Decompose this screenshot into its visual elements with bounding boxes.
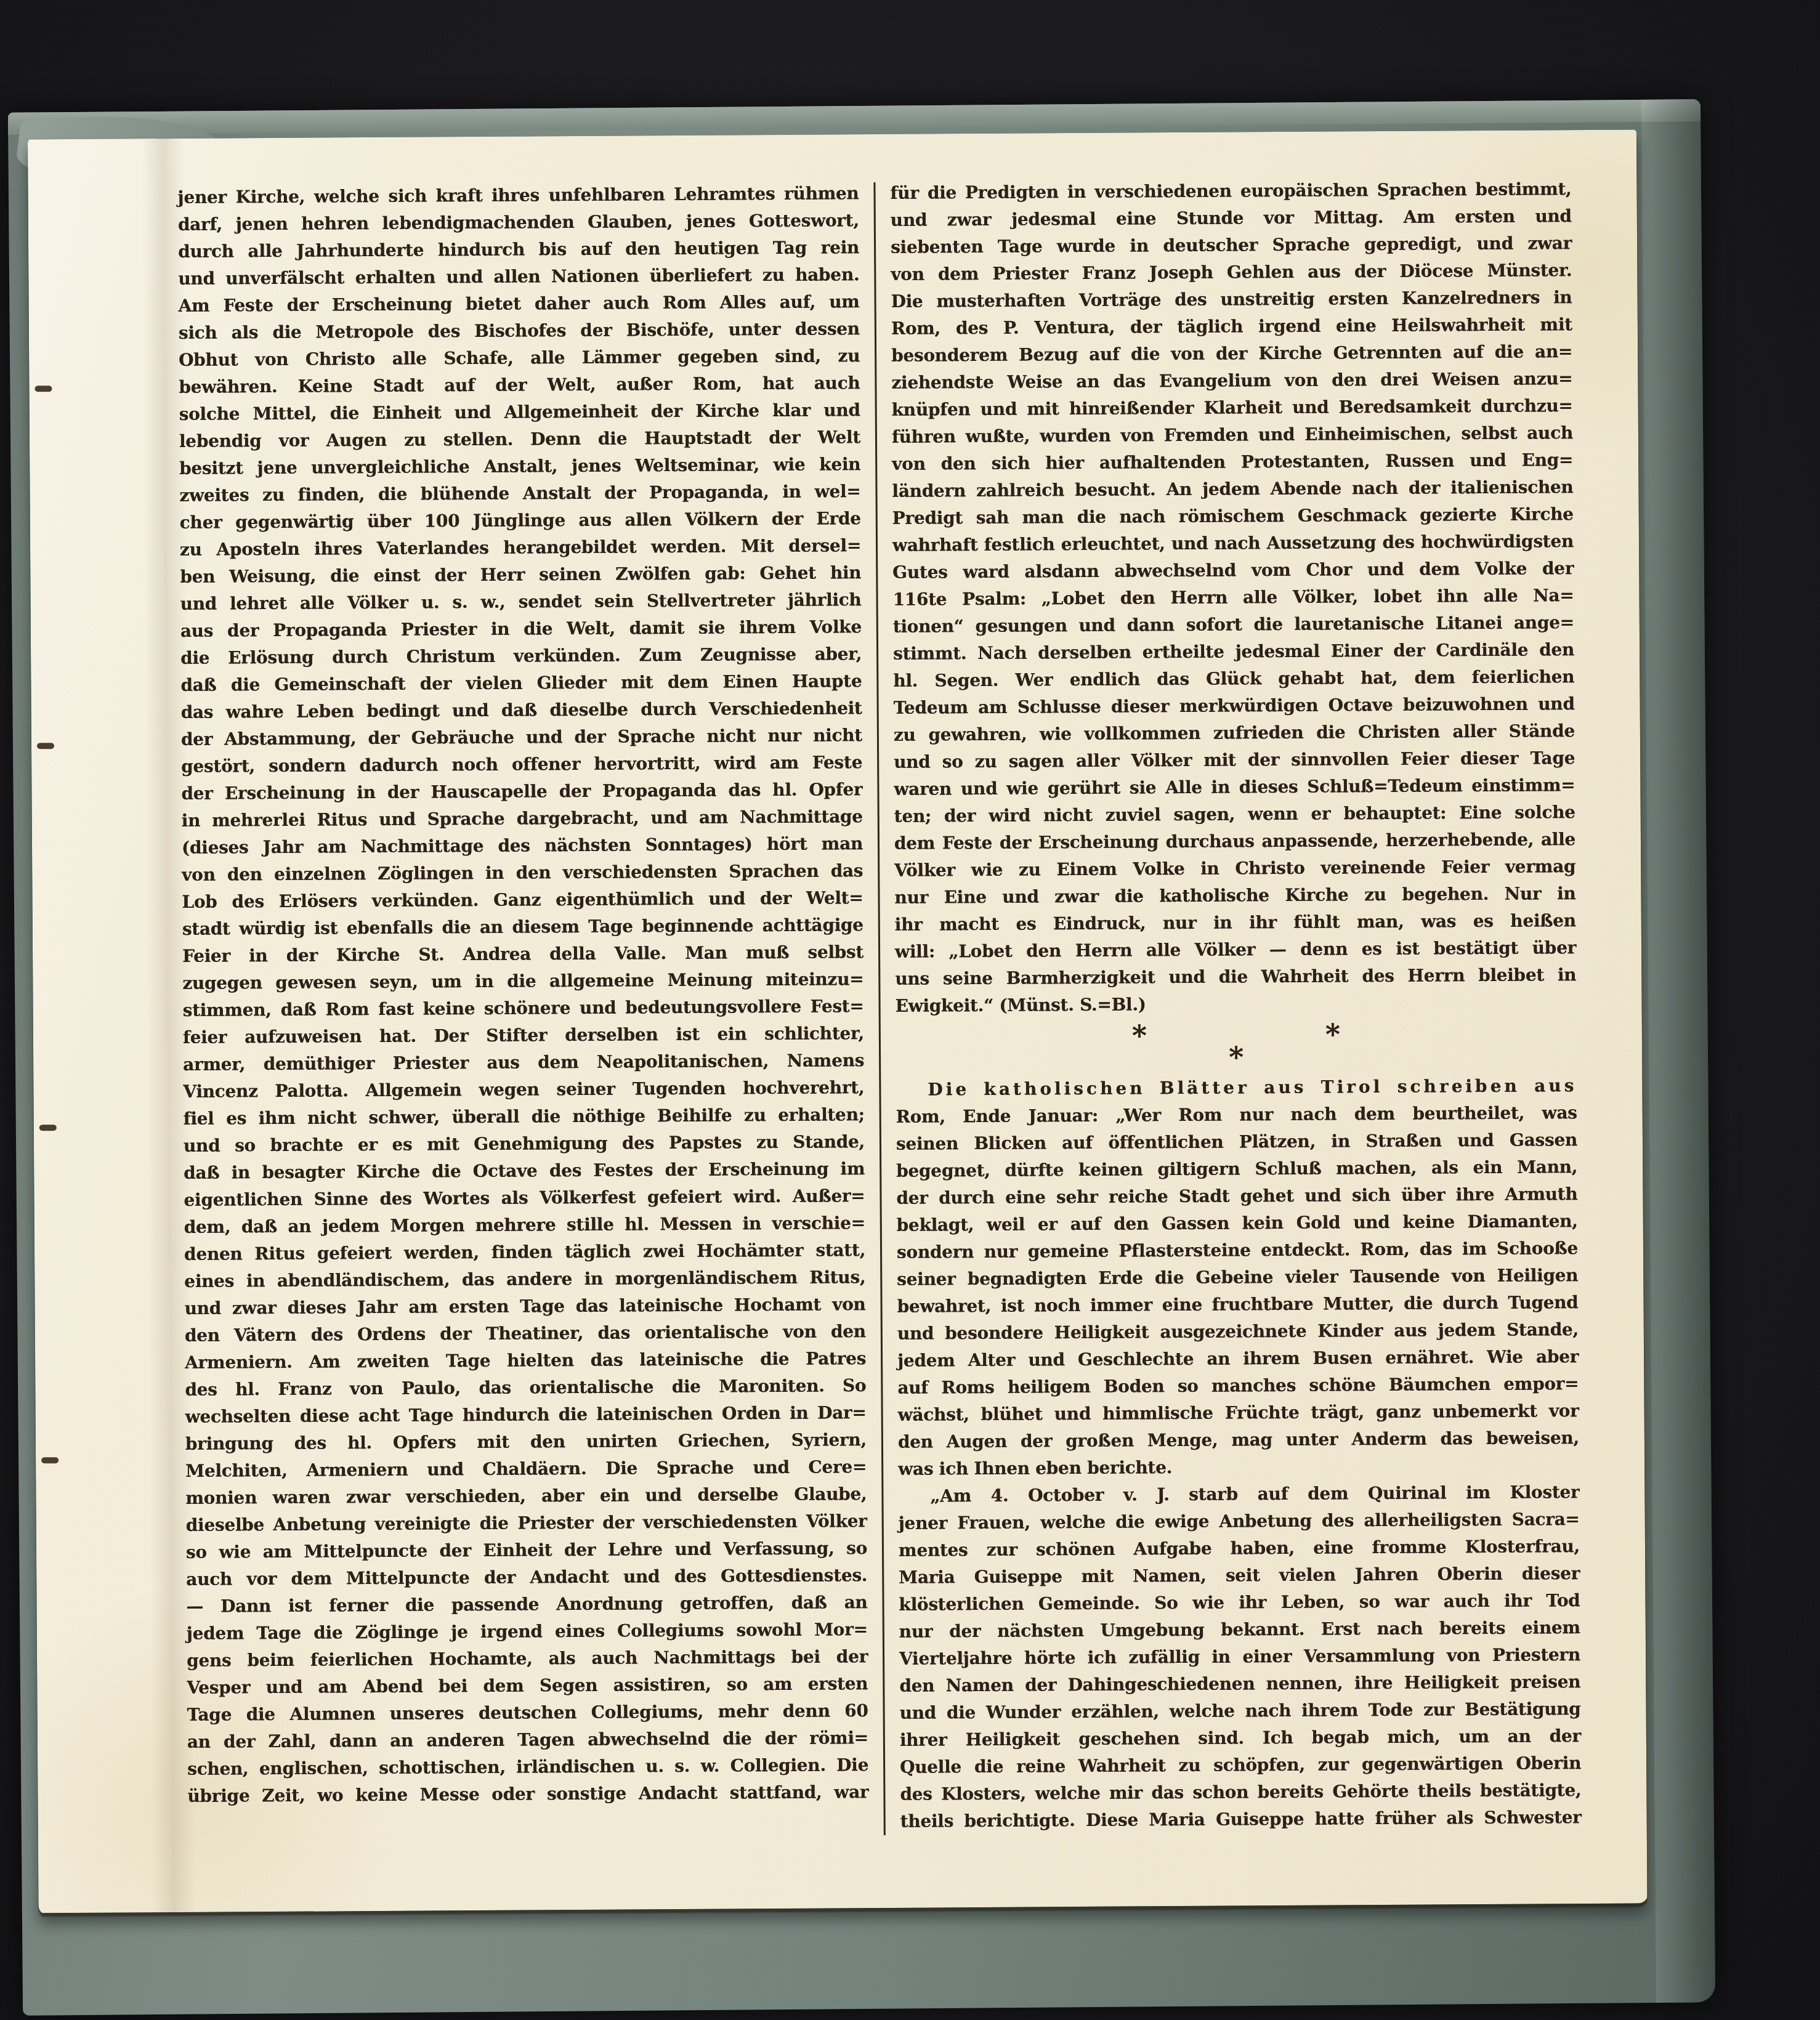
text-line: sich als die Metropole des Bischofes der… <box>179 315 860 347</box>
text-line: zugegen gewesen seyn, um in die allgemei… <box>182 966 863 997</box>
text-line: von den sich hier aufhaltenden Protestan… <box>892 446 1573 478</box>
binding-stitch <box>37 743 54 749</box>
text-line: lebendig vor Augen zu stellen. Denn die … <box>179 424 860 455</box>
text-line: mentes zur schönen Aufgabe haben, eine f… <box>899 1533 1580 1564</box>
text-line: daß in besagter Kirche die Octave des Fe… <box>184 1155 865 1187</box>
text-line: durch alle Jahrhunderte hindurch bis auf… <box>178 234 859 265</box>
text-line: stadt würdig ist ebenfalls die an diesem… <box>182 911 863 943</box>
text-line: monien waren zwar verschieden, aber ein … <box>185 1481 867 1512</box>
right-column: für die Predigten in verschiedenen europ… <box>890 176 1581 1835</box>
text-line: 116te Psalm: „Lobet den Herrn alle Völke… <box>892 582 1574 613</box>
text-line: darf, jenen hehren lebendigmachenden Gla… <box>178 207 859 238</box>
text-line: Predigt sah man die nach römischem Gesch… <box>892 501 1574 532</box>
text-line: auf Roms heiligem Boden so manches schön… <box>897 1370 1579 1402</box>
text-line: „Am 4. October v. J. starb auf dem Quiri… <box>898 1479 1579 1510</box>
text-line: das wahre Leben bedingt und daß dieselbe… <box>181 695 862 726</box>
text-line: ländern zahlreich besucht. An jedem Aben… <box>892 474 1573 505</box>
text-line: und so zu sagen aller Völker mit der sin… <box>894 745 1575 776</box>
text-line: Ewigkeit.“ (Münst. S.=Bl.) <box>895 988 1576 1020</box>
text-line: zu Aposteln ihres Vaterlandes herangebil… <box>180 532 861 564</box>
text-line: tionen“ gesungen und dann sofort die lau… <box>893 609 1574 640</box>
text-line: jener Kirche, welche sich kraft ihres un… <box>177 180 859 211</box>
binding-stitch <box>34 386 52 392</box>
text-line: ihr macht es Eindruck, nur in ihr fühlt … <box>895 907 1576 939</box>
book-page: jener Kirche, welche sich kraft ihres un… <box>28 129 1648 1913</box>
text-line: und zwar jedesmal eine Stunde vor Mittag… <box>891 203 1572 234</box>
text-line: Armeniern. Am zweiten Tage hielten das l… <box>185 1345 866 1376</box>
text-line: waren und wie gerührt sie Alle in dieses… <box>894 772 1575 803</box>
text-line: gens beim feierlichen Hochamte, als auch… <box>187 1643 868 1675</box>
asterisk-icon: * <box>1132 1023 1147 1048</box>
text-line: begegnet, dürfte keinen giltigern Schluß… <box>896 1153 1577 1185</box>
text-line: eigentlichen Sinne des Wortes als Völker… <box>184 1182 865 1214</box>
text-line: in mehrerlei Ritus und Sprache dargebrac… <box>182 803 863 834</box>
text-line: Tedeum am Schlusse dieser merkwürdigen O… <box>894 690 1575 722</box>
text-line: Vincenz Palotta. Allgemein wegen seiner … <box>183 1074 864 1105</box>
text-line: ihrer Heiligkeit geschehen sind. Ich beg… <box>900 1723 1581 1754</box>
text-line: Tage die Alumnen unseres deutschen Colle… <box>187 1697 868 1729</box>
text-line: siebenten Tage wurde in deutscher Sprach… <box>891 230 1572 261</box>
text-line: der Abstammung, der Gebräuche und der Sp… <box>181 722 862 753</box>
text-line: aus der Propaganda Priester in die Welt,… <box>180 613 862 645</box>
text-line: denen Ritus gefeiert werden, finden tägl… <box>184 1237 865 1268</box>
text-line: Maria Guiseppe mit Namen, seit vielen Ja… <box>899 1560 1580 1591</box>
text-line: nur der nächsten Umgebung bekannt. Erst … <box>899 1614 1580 1646</box>
text-line: den Augen der großen Menge, mag unter An… <box>898 1424 1579 1456</box>
text-line: seiner begnadigten Erde die Gebeine viel… <box>897 1262 1578 1293</box>
text-line: wechselten diese acht Tage hindurch die … <box>185 1399 867 1431</box>
text-line: Vesper und am Abend bei dem Segen assist… <box>187 1670 868 1702</box>
text-line: (dieses Jahr am Nachmittage des nächsten… <box>182 830 863 862</box>
text-line: Rom, Ende Januar: „Wer Rom nur nach dem … <box>896 1099 1577 1131</box>
text-line: feier aufzuweisen hat. Der Stifter derse… <box>183 1020 864 1051</box>
text-line: so wie am Mittelpuncte der Einheit der L… <box>186 1535 867 1566</box>
text-line: Die musterhaften Vorträge des unstreitig… <box>891 284 1572 315</box>
text-line: übrige Zeit, wo keine Messe oder sonstig… <box>187 1779 868 1810</box>
text-line: bringung des hl. Opfers mit den unirten … <box>185 1426 867 1458</box>
text-line: die Erlösung durch Christum verkünden. Z… <box>180 640 862 672</box>
text-line: solche Mittel, die Einheit und Allgemein… <box>179 397 860 428</box>
binding-stitch <box>41 1457 59 1463</box>
text-line: von den einzelnen Zöglingen in den versc… <box>182 857 863 889</box>
text-line: den Namen der Dahingeschiedenen nennen, … <box>899 1668 1580 1700</box>
asterism-row: * <box>1229 1044 1244 1069</box>
text-line: gestört, sondern dadurch noch offener he… <box>181 749 862 780</box>
text-line: besitzt jene unvergleichliche Anstalt, j… <box>179 451 860 482</box>
text-line: — Dann ist ferner die passende Anordnung… <box>186 1589 867 1620</box>
text-line: eines in abendländischem, das andere in … <box>184 1264 865 1295</box>
text-line: besonderem Bezug auf die von der Kirche … <box>891 338 1572 370</box>
asterisk-icon: * <box>1229 1044 1244 1069</box>
text-line: des hl. Franz von Paulo, das orientalisc… <box>185 1372 866 1404</box>
text-line: Lob des Erlösers verkünden. Ganz eigenth… <box>182 884 863 916</box>
text-line: dieselbe Anbetung vereinigte die Prieste… <box>186 1508 867 1539</box>
text-line: bewahret, ist noch immer eine fruchtbare… <box>897 1289 1578 1320</box>
text-line: und so brachte er es mit Genehmigung des… <box>184 1128 865 1160</box>
text-line: daß die Gemeinschaft der vielen Glieder … <box>180 668 862 699</box>
text-line: und unverfälscht erhalten und allen Nati… <box>178 261 859 293</box>
text-line: klösterlichen Gemeinde. So wie ihr Leben… <box>899 1587 1580 1618</box>
text-line: fiel es ihm nicht schwer, überall die nö… <box>184 1101 865 1133</box>
text-line: wächst, blühet und himmlische Früchte tr… <box>898 1397 1579 1429</box>
asterisk-icon: * <box>1325 1022 1340 1046</box>
asterism-separator: *** <box>896 1016 1577 1077</box>
text-line: Vierteljahre hörte ich zufällig in einer… <box>899 1641 1580 1673</box>
text-line: und lehret alle Völker u. s. w., sendet … <box>180 586 861 618</box>
text-line: Am Feste der Erscheinung bietet daher au… <box>179 288 860 320</box>
text-line: Feier in der Kirche St. Andrea della Val… <box>182 939 863 970</box>
text-line: und zwar dieses Jahr am ersten Tage das … <box>184 1291 865 1322</box>
text-line: für die Predigten in verschiedenen europ… <box>890 176 1571 207</box>
text-line: Gutes ward alsdann abwechselnd vom Chor … <box>892 555 1574 586</box>
text-line: zweites zu finden, die blühende Anstalt … <box>179 478 860 509</box>
text-line: von dem Priester Franz Joseph Gehlen aus… <box>891 257 1572 288</box>
text-line: an der Zahl, dann an anderen Tagen abwec… <box>187 1724 868 1756</box>
text-line: uns seine Barmherzigkeit und die Wahrhei… <box>895 961 1576 993</box>
text-line: Melchiten, Armeniern und Chaldäern. Die … <box>185 1453 867 1485</box>
text-line: Rom, des P. Ventura, der täglich irgend … <box>891 311 1572 342</box>
text-line: knüpfen und mit hinreißender Klarheit un… <box>892 392 1573 424</box>
text-line: will: „Lobet den Herrn alle Völker — den… <box>895 934 1576 966</box>
text-line: was ich Ihnen eben berichte. <box>898 1452 1579 1483</box>
text-line: stimmen, daß Rom fast keine schönere und… <box>182 993 863 1024</box>
text-area: jener Kirche, welche sich kraft ihres un… <box>177 176 1593 1840</box>
text-line: sondern nur gemeine Pflastersteine entde… <box>897 1235 1578 1266</box>
text-line: den Vätern des Ordens der Theatiner, das… <box>185 1318 866 1349</box>
text-line: cher gegenwärtig über 100 Jünglinge aus … <box>180 505 861 536</box>
text-line: schen, englischen, schottischen, irländi… <box>187 1751 868 1783</box>
text-line: Völker wie zu Einem Volke in Christo ver… <box>894 853 1575 884</box>
text-line: und die Wunder erzählen, welche nach ihr… <box>899 1695 1580 1727</box>
text-line: stimmt. Nach derselben ertheilte jedesma… <box>893 636 1574 668</box>
text-line: der Erscheinung in der Hauscapelle der P… <box>181 776 862 807</box>
text-line: führen wußte, wurden von Fremden und Ein… <box>892 419 1573 451</box>
text-line: auch vor dem Mittelpuncte der Andacht un… <box>186 1562 867 1593</box>
text-line: Obhut von Christo alle Schafe, alle Lämm… <box>179 342 860 374</box>
text-line: beklagt, weil er auf den Gassen kein Gol… <box>897 1208 1578 1239</box>
text-line: dem Feste der Erscheinung durchaus anpas… <box>894 826 1575 857</box>
text-line: bewähren. Keine Stadt auf der Welt, auße… <box>179 370 860 401</box>
text-line: ben Weisung, die einst der Herr seinen Z… <box>180 559 861 591</box>
text-line: nur Eine und zwar die katholische Kirche… <box>894 880 1575 911</box>
text-line: dem, daß an jedem Morgen mehrere stille … <box>184 1210 865 1241</box>
text-line: jedem Alter und Geschlechte an ihrem Bus… <box>897 1343 1579 1375</box>
text-line: theils berichtigte. Diese Maria Guiseppe… <box>900 1804 1582 1835</box>
left-column: jener Kirche, welche sich kraft ihres un… <box>177 180 868 1840</box>
text-line: zu gewahren, wie vollkommen zufrieden di… <box>894 717 1575 749</box>
text-line: jedem Tage die Zöglinge je irgend eines … <box>187 1616 868 1647</box>
text-line: hl. Segen. Wer endlich das Glück gehabt … <box>893 663 1574 695</box>
text-line: wahrhaft festlich erleuchtet, und nach A… <box>892 528 1574 559</box>
text-line: Quelle die reine Wahrheit zu schöpfen, z… <box>900 1750 1581 1781</box>
text-line: armer, demüthiger Priester aus dem Neapo… <box>183 1047 864 1078</box>
text-line: ten; der wird nicht zuviel sagen, wenn e… <box>894 799 1575 830</box>
column-divider-rule <box>873 182 885 1835</box>
text-line: der durch eine sehr reiche Stadt gehet u… <box>896 1181 1577 1212</box>
text-line: und besondere Heiligkeit ausgezeichnete … <box>897 1316 1579 1347</box>
text-line: jener Frauen, welche die ewige Anbetung … <box>899 1506 1580 1537</box>
binding-stitch <box>39 1125 57 1131</box>
text-line: des Klosters, welche mir das schon berei… <box>900 1777 1581 1808</box>
text-line: Die katholischen Blätter aus Tirol schre… <box>896 1072 1577 1104</box>
text-line: seinen Blicken auf öffentlichen Plätzen,… <box>896 1126 1577 1158</box>
text-line: ziehendste Weise an das Evangelium von d… <box>891 365 1572 397</box>
